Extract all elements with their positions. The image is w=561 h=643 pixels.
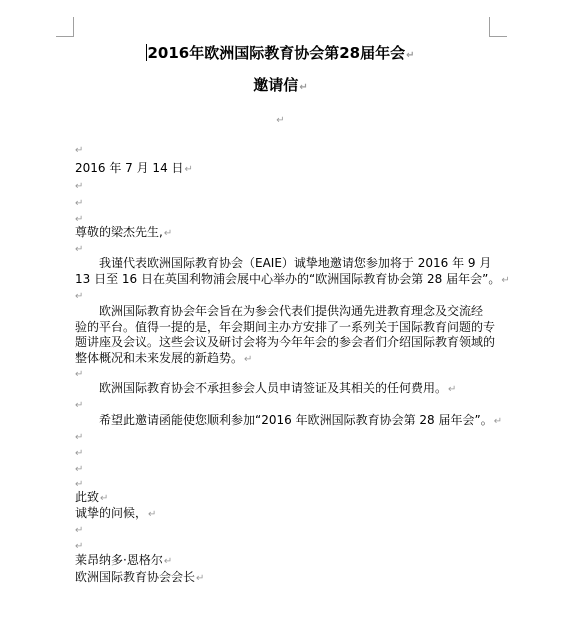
empty-paragraph[interactable]: ↵ [75, 141, 489, 159]
paragraph-mark-icon: ↵ [75, 145, 83, 156]
paragraph-mark-icon: ↵ [75, 291, 83, 302]
paragraph-mark-icon: ↵ [75, 464, 83, 475]
paragraph-mark-icon: ↵ [299, 82, 307, 93]
paragraph-mark-icon: ↵ [494, 416, 502, 427]
paragraph-mark-icon: ↵ [501, 275, 509, 286]
document-title[interactable]: 2016年欧洲国际教育协会第28届年会↵ [0, 43, 561, 66]
document-subtitle[interactable]: 邀请信↵ [0, 75, 561, 98]
paragraph-mark-icon: ↵ [75, 541, 83, 552]
paragraph-mark-icon: ↵ [75, 369, 83, 380]
top-right-margin-mark [489, 17, 507, 37]
paragraph-mark-icon: ↵ [196, 573, 204, 584]
paragraph-mark-icon: ↵ [406, 50, 414, 61]
paragraph-mark-icon: ↵ [75, 432, 83, 443]
paragraph-mark-icon: ↵ [276, 115, 284, 126]
signer-name[interactable]: 莱昂纳多·恩格尔↵ [75, 552, 489, 570]
empty-paragraph[interactable]: ↵ [75, 177, 489, 195]
signer-title[interactable]: 欧洲国际教育协会会长↵ [75, 569, 489, 587]
body-paragraph-2-line-3[interactable]: 题讲座及会议。这些会议及研讨会将为今年年会的参会者们介绍国际教育领域的 [75, 334, 489, 350]
paragraph-mark-icon: ↵ [185, 164, 193, 175]
body-paragraph-2-line-2[interactable]: 验的平台。值得一提的是，年会期间主办方安排了一系列关于国际教育问题的专 [75, 319, 489, 335]
paragraph-mark-icon: ↵ [75, 181, 83, 192]
paragraph-mark-icon: ↵ [100, 493, 108, 504]
body-paragraph-2-line-1[interactable]: 欧洲国际教育协会年会旨在为参会代表们提供沟通先进教育理念及交流经 [75, 303, 489, 319]
empty-paragraph[interactable]: ↵ [0, 108, 561, 131]
document-page[interactable]: 2016年欧洲国际教育协会第28届年会↵ 邀请信↵ ↵ ↵ 2016 年 7 月… [0, 0, 561, 643]
paragraph-mark-icon: ↵ [448, 384, 456, 395]
paragraph-mark-icon: ↵ [75, 400, 83, 411]
paragraph-mark-icon: ↵ [75, 244, 83, 255]
top-left-margin-mark [56, 17, 74, 37]
paragraph-mark-icon: ↵ [75, 448, 83, 459]
date-line[interactable]: 2016 年 7 月 14 日↵ [75, 160, 489, 178]
paragraph-mark-icon: ↵ [148, 509, 156, 520]
paragraph-mark-icon: ↵ [75, 198, 83, 209]
paragraph-mark-icon: ↵ [75, 525, 83, 536]
paragraph-mark-icon: ↵ [164, 228, 172, 239]
paragraph-mark-icon: ↵ [244, 354, 252, 365]
body-paragraph-1-line-1[interactable]: 我谨代表欧洲国际教育协会（EAIE）诚挚地邀请您参加将于 2016 年 9 月 [75, 255, 489, 271]
paragraph-mark-icon: ↵ [164, 556, 172, 567]
